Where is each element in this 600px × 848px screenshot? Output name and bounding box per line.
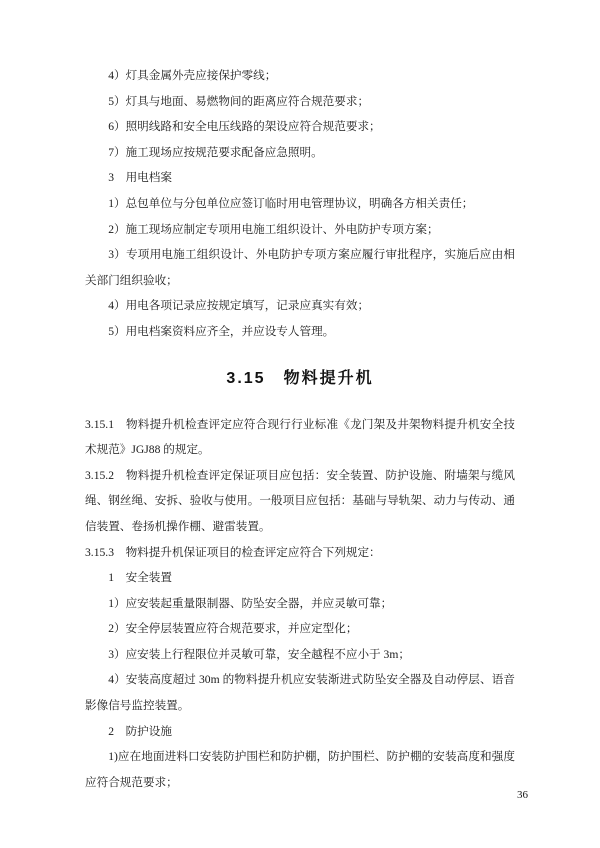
section-heading: 3.15 物料提升机 [85, 366, 515, 392]
list-item: 6）照明线路和安全电压线路的架设应符合规范要求； [85, 114, 515, 140]
list-item: 1)应在地面进料口安装防护围栏和防护棚，防护围栏、防护棚的安装高度和强度应符合规… [85, 744, 515, 795]
list-item: 3）应安装上行程限位并灵敏可靠，安全越程不应小于 3m； [85, 642, 515, 668]
list-item: 4）安装高度超过 30m 的物料提升机应安装渐进式防坠安全器及自动停层、语音影像… [85, 667, 515, 718]
clause-paragraph: 3.15.1 物料提升机检查评定应符合现行行业标准《龙门架及井架物料提升机安全技… [85, 412, 515, 463]
list-item: 1）应安装起重量限制器、防坠安全器，并应灵敏可靠； [85, 591, 515, 617]
list-item: 2 防护设施 [85, 719, 515, 745]
list-item: 1）总包单位与分包单位应签订临时用电管理协议，明确各方相关责任； [85, 191, 515, 217]
list-item: 2）安全停层装置应符合规范要求，并应定型化； [85, 616, 515, 642]
list-item: 2）施工现场应制定专项用电施工组织设计、外电防护专项方案； [85, 217, 515, 243]
document-body: 4）灯具金属外壳应接保护零线；5）灯具与地面、易燃物间的距离应符合规范要求；6）… [85, 63, 515, 795]
list-item: 5）灯具与地面、易燃物间的距离应符合规范要求； [85, 89, 515, 115]
list-item: 1 安全装置 [85, 565, 515, 591]
page-number: 36 [517, 789, 528, 801]
clause-paragraph: 3.15.2 物料提升机检查评定保证项目应包括：安全装置、防护设施、附墙架与缆风… [85, 463, 515, 540]
list-item: 4）用电各项记录应按规定填写，记录应真实有效； [85, 293, 515, 319]
list-item: 5）用电档案资料应齐全，并应设专人管理。 [85, 319, 515, 345]
list-item: 3 用电档案 [85, 165, 515, 191]
list-item: 4）灯具金属外壳应接保护零线； [85, 63, 515, 89]
document-page: 4）灯具金属外壳应接保护零线；5）灯具与地面、易燃物间的距离应符合规范要求；6）… [0, 0, 600, 848]
list-item: 7）施工现场应按规范要求配备应急照明。 [85, 140, 515, 166]
list-item: 3）专项用电施工组织设计、外电防护专项方案应履行审批程序，实施后应由相关部门组织… [85, 242, 515, 293]
clause-paragraph: 3.15.3 物料提升机保证项目的检查评定应符合下列规定： [85, 540, 515, 566]
